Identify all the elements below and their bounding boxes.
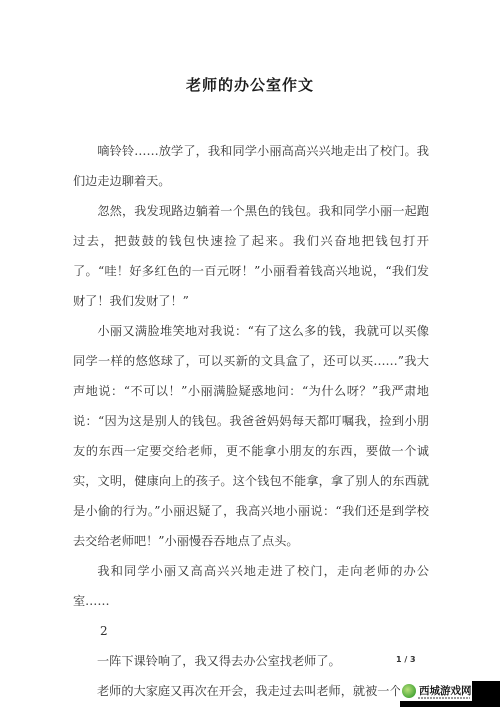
document-body: 嘀铃铃……放学了，我和同学小丽高高兴兴地走出了校门。我们边走边聊着天。 忽然，我… xyxy=(73,136,429,706)
paragraph-1: 嘀铃铃……放学了，我和同学小丽高高兴兴地走出了校门。我们边走边聊着天。 xyxy=(73,136,429,196)
paragraph-2: 忽然，我发现路边躺着一个黑色的钱包。我和同学小丽一起跑过去，把鼓鼓的钱包快速捡了… xyxy=(73,196,429,316)
watermark-site-name: 西城游戏网 xyxy=(419,686,472,697)
document-title: 老师的办公室作文 xyxy=(0,74,500,95)
section-number: 2 xyxy=(73,616,429,646)
page-indicator: 1 / 3 xyxy=(396,655,416,664)
section2-paragraph-2: 老师的大家庭又再次在开会，我走过去叫老师，就被一个老师 xyxy=(73,676,429,706)
document-page: 老师的办公室作文 嘀铃铃……放学了，我和同学小丽高高兴兴地走出了校门。我们边走边… xyxy=(0,0,500,707)
paragraph-4: 我和同学小丽又高高兴兴地走进了校门，走向老师的办公室…… xyxy=(73,556,429,616)
green-leaf-logo-icon xyxy=(402,684,416,698)
section2-paragraph-1: 一阵下课铃响了，我又得去办公室找老师了。 xyxy=(73,646,429,676)
site-watermark: 西城游戏网 xyxy=(400,681,500,707)
watermark-subtext-line xyxy=(418,697,470,699)
paragraph-3: 小丽又满脸堆笑地对我说：“有了这么多的钱，我就可以买像同学一样的悠悠球了，可以买… xyxy=(73,316,429,556)
